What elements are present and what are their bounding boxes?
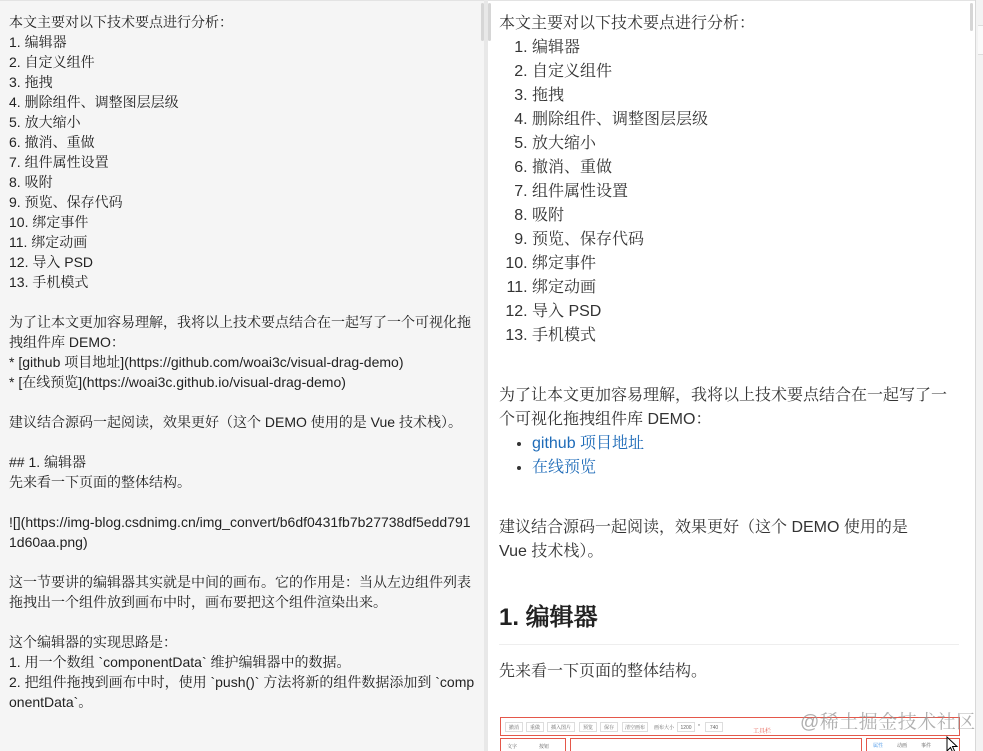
online-preview-link[interactable]: 在线预览 <box>532 459 596 476</box>
list-item: github 项目地址 <box>532 432 959 456</box>
watermark-text: @稀土掘金技术社区 <box>800 707 976 734</box>
list-item: 编辑器 <box>532 36 959 60</box>
section-paragraph: 先来看一下页面的整体结构。 <box>499 660 959 684</box>
list-item: 预览、保存代码 <box>532 228 959 252</box>
list-item: 绑定动画 <box>532 276 959 300</box>
image-tab-events: 事件 <box>921 742 931 749</box>
preview-left-scroll-indicator <box>488 3 491 41</box>
mouse-cursor-icon <box>946 736 962 751</box>
list-item: 自定义组件 <box>532 60 959 84</box>
list-item: 删除组件、调整图层层级 <box>532 108 959 132</box>
image-tab-text: 文字 <box>507 743 517 750</box>
demo-intro-paragraph: 为了让本文更加容易理解，我将以上技术要点结合在一起写了一个可视化拖拽组件库 DE… <box>499 384 959 432</box>
markdown-editor-pane[interactable]: 本文主要对以下技术要点进行分析： 1. 编辑器 2. 自定义组件 3. 拖拽 4… <box>0 0 484 751</box>
image-canvas-height: 740 <box>705 722 723 732</box>
intro-paragraph: 本文主要对以下技术要点进行分析： <box>499 12 959 36</box>
preview-scrollbar-thumb[interactable] <box>970 3 973 31</box>
image-canvas-width: 1200 <box>677 722 695 732</box>
image-btn-save: 保存 <box>600 722 618 732</box>
demo-links-list: github 项目地址 在线预览 <box>499 432 959 480</box>
image-canvas-size-label: 画布大小 <box>654 724 674 731</box>
image-btn-undo: 撤消 <box>505 722 523 732</box>
image-times-sign: * <box>698 724 700 730</box>
list-item: 放大缩小 <box>532 132 959 156</box>
image-canvas-region <box>570 738 862 751</box>
markdown-source-text[interactable]: 本文主要对以下技术要点进行分析： 1. 编辑器 2. 自定义组件 3. 拖拽 4… <box>9 12 475 712</box>
tech-points-list: 编辑器 自定义组件 拖拽 删除组件、调整图层层级 放大缩小 撤消、重做 组件属性… <box>499 36 959 348</box>
list-item: 撤消、重做 <box>532 156 959 180</box>
image-component-list-region: 文字 按钮 <box>500 738 566 751</box>
list-item: 绑定事件 <box>532 252 959 276</box>
preview-content: 本文主要对以下技术要点进行分析： 编辑器 自定义组件 拖拽 删除组件、调整图层层… <box>499 12 959 684</box>
suggestion-paragraph: 建议结合源码一起阅读，效果更好（这个 DEMO 使用的是 Vue 技术栈）。 <box>499 516 919 564</box>
image-tab-animation: 动画 <box>897 742 907 749</box>
image-tab-button: 按钮 <box>539 743 549 750</box>
list-item: 在线预览 <box>532 456 959 480</box>
image-btn-preview: 预览 <box>579 722 597 732</box>
window-right-edge-tab <box>978 25 983 55</box>
list-item: 拖拽 <box>532 84 959 108</box>
markdown-preview-pane: 本文主要对以下技术要点进行分析： 编辑器 自定义组件 拖拽 删除组件、调整图层层… <box>488 0 975 751</box>
list-item: 手机模式 <box>532 324 959 348</box>
image-toolbar-label: 工具栏 <box>753 726 771 735</box>
section-heading: 1. 编辑器 <box>499 600 959 645</box>
list-item: 组件属性设置 <box>532 180 959 204</box>
image-btn-redo: 重做 <box>526 722 544 732</box>
list-item: 导入 PSD <box>532 300 959 324</box>
image-btn-insert-image: 插入图片 <box>547 722 575 732</box>
github-link[interactable]: github 项目地址 <box>532 435 644 452</box>
image-tab-attr: 属性 <box>873 742 883 749</box>
window-right-edge <box>975 0 983 751</box>
list-item: 吸附 <box>532 204 959 228</box>
image-btn-clear: 清空画布 <box>622 722 648 732</box>
